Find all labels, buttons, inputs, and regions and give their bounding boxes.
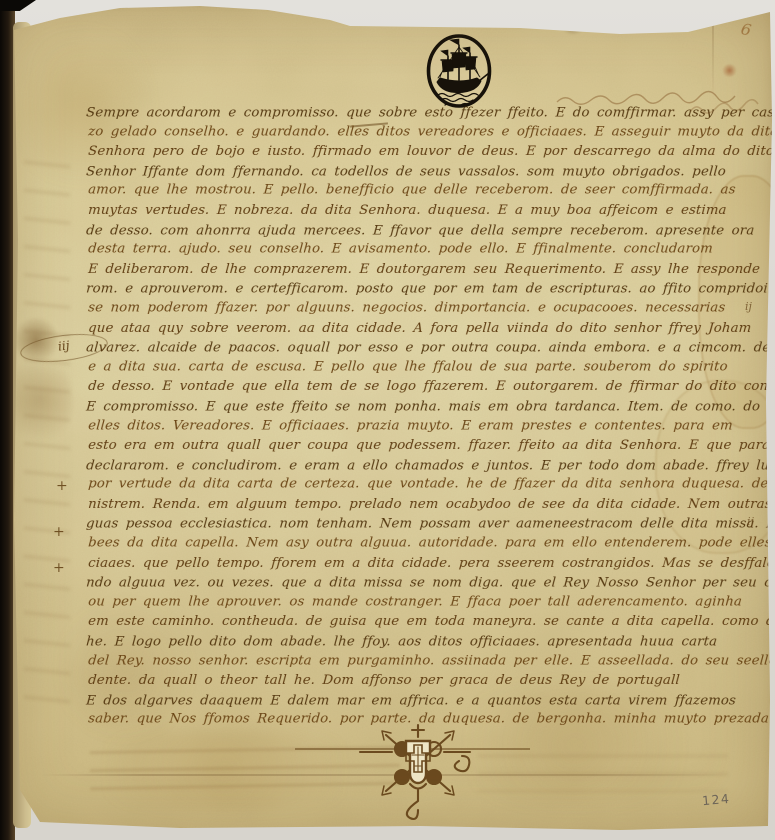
text-line: guas pessoa ecclesiastica. nom tenham. N… [85,517,766,537]
text-line: ndo alguua vez. ou vezes. que a dita mis… [85,576,766,596]
text-line: elles ditos. Vereadores. E officiaaes. p… [87,418,768,438]
text-line: em este caminho. contheuda. de guisa que… [87,614,768,634]
crease [40,774,730,776]
text-line: he. E logo pello dito dom abade. lhe ffo… [85,635,766,655]
text-line: amor. que lhe mostrou. E pello. beneffic… [87,183,768,203]
text-line: de desso. E vontade que ella tem de se l… [87,379,768,399]
bleed-through-text [24,150,70,710]
text-line: E compromisso. E que este ffeito se nom … [85,399,766,419]
left-margin-cross: + [53,524,65,540]
left-margin-cross: + [53,560,65,576]
binding-shadow [0,0,36,11]
text-line: por vertude da dita carta de certeza. qu… [87,477,768,497]
text-line: nistrem. Renda. em alguum tempo. prelado… [87,497,768,517]
text-line: se nom poderom ffazer. por alguuns. nego… [87,300,768,320]
text-line: E dos algarves daaquem E dalem mar em af… [85,693,766,713]
text-line: ciaaes. que pello tempo. fforem em a dit… [87,556,768,576]
text-line: alvarez. alcaide de paacos. oquall por e… [85,341,766,361]
text-line: dente. da quall o theor tall he. Dom aff… [87,673,768,693]
foxing-spot [560,16,586,34]
ship-stamp [424,31,494,111]
right-margin-mark: ij [747,515,754,528]
text-line: bees da dita capella. Nem asy outra algu… [87,536,768,556]
stain [55,730,395,810]
text-line: Senhor Iffante dom ffernando. ca todello… [85,164,766,184]
crease [712,8,714,100]
text-line: muytas vertudes. E nobreza. da dita Senh… [87,203,768,223]
text-line: rom. e aprouverom. e certefficarom. post… [85,282,766,302]
bleed-through-text [478,748,728,792]
text-line: que ataa quy sobre veerom. aa dita cidad… [87,321,768,341]
folio-number-pencil: 124 [701,791,731,808]
foxing-spot [722,64,737,77]
manuscript-text-block: Sempre acordarom e compromisso. que sobr… [88,105,768,732]
text-line: del Rey. nosso senhor. escripta em purga… [87,653,768,673]
text-line: desta terra. ajudo. seu conselho. E avis… [87,242,768,262]
text-line: saber. que Nos ffomos Requerido. por par… [87,712,768,732]
text-line: Sempre acordarom e compromisso. que sobr… [85,106,766,126]
archive-photo: 6 Sempre acordarom e compromisso. que so… [0,0,775,840]
left-margin-cross: + [56,478,68,494]
text-line: zo gelado conselho. e guardando. elles d… [87,124,768,144]
manuscript-page: 6 Sempre acordarom e compromisso. que so… [0,0,775,840]
text-line: ou per quem lhe aprouver. os mande costr… [87,594,768,614]
text-line: esto era em outra quall quer coupa que p… [87,438,768,458]
text-line: declararom. e concludirom. e eram a ello… [85,458,766,478]
stain [8,352,72,448]
sign-baseline-stroke [295,748,530,750]
text-line: de desso. com ahonrra ajuda mercees. E f… [85,223,766,243]
right-margin-mark: ij [745,300,752,313]
bleed-through-text [90,739,401,802]
notarial-sign [358,722,478,822]
text-line: Senhora pero de bojo e iusto. ffirmado e… [87,144,768,164]
text-line: E deliberarom. de lhe comprazerem. E dou… [87,262,768,282]
text-line: e a dita sua. carta de escusa. E pello q… [87,359,768,379]
corner-numeral: 6 [739,19,752,39]
